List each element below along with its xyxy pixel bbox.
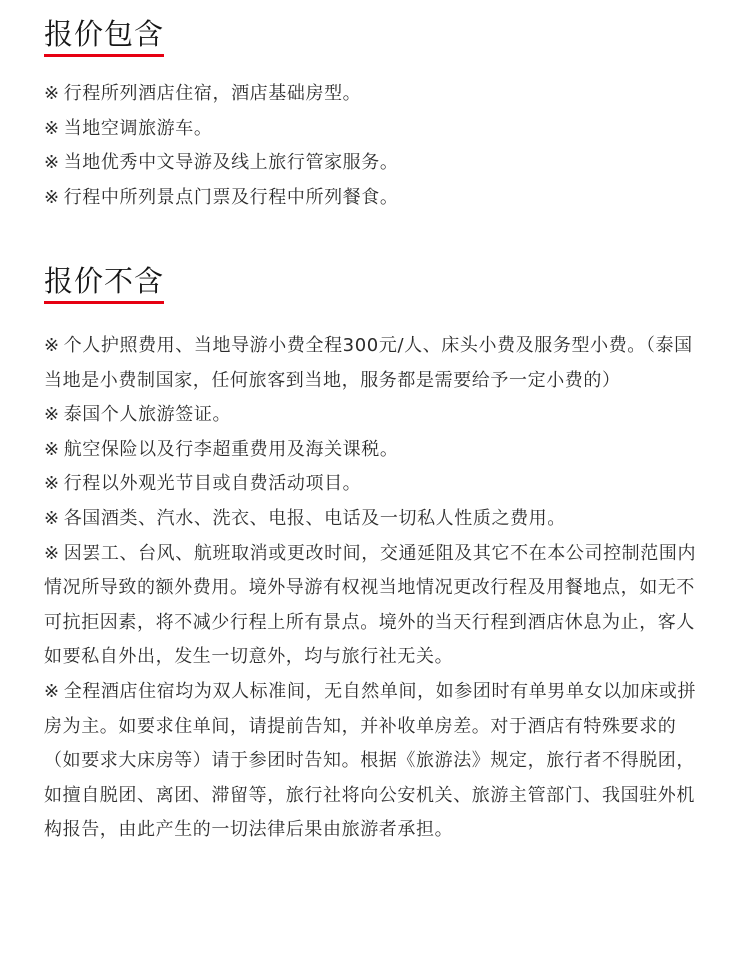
reference-mark-icon: ※: [44, 543, 60, 564]
reference-mark-icon: ※: [44, 404, 60, 425]
list-item: ※当地优秀中文导游及线上旅行管家服务。: [44, 146, 704, 181]
excluded-section: 报价不含 ※个人护照费用、当地导游小费全程300元/人、床头小费及服务型小费。（…: [44, 263, 704, 848]
list-item-text: 因罢工、台风、航班取消或更改时间，交通延阻及其它不在本公司控制范围内情况所导致的…: [44, 543, 696, 668]
list-item: ※全程酒店住宿均为双人标准间，无自然单间，如参团时有单男单女以加床或拼房为主。如…: [44, 675, 704, 848]
reference-mark-icon: ※: [44, 83, 60, 104]
reference-mark-icon: ※: [44, 152, 60, 173]
list-item-text: 行程所列酒店住宿，酒店基础房型。: [64, 83, 362, 104]
list-item-text: 航空保险以及行李超重费用及海关课税。: [64, 439, 399, 460]
reference-mark-icon: ※: [44, 508, 60, 529]
list-item: ※泰国个人旅游签证。: [44, 398, 704, 433]
reference-mark-icon: ※: [44, 473, 60, 494]
reference-mark-icon: ※: [44, 335, 60, 356]
reference-mark-icon: ※: [44, 187, 60, 208]
reference-mark-icon: ※: [44, 439, 60, 460]
list-item-text: 泰国个人旅游签证。: [64, 404, 231, 425]
included-section: 报价包含 ※行程所列酒店住宿，酒店基础房型。 ※当地空调旅游车。 ※当地优秀中文…: [44, 16, 704, 215]
reference-mark-icon: ※: [44, 681, 60, 702]
reference-mark-icon: ※: [44, 118, 60, 139]
list-item-text: 当地优秀中文导游及线上旅行管家服务。: [64, 152, 399, 173]
list-item-text: 行程以外观光节目或自费活动项目。: [64, 473, 362, 494]
included-list: ※行程所列酒店住宿，酒店基础房型。 ※当地空调旅游车。 ※当地优秀中文导游及线上…: [44, 77, 704, 215]
excluded-heading: 报价不含: [44, 263, 164, 304]
included-heading: 报价包含: [44, 16, 164, 57]
list-item: ※各国酒类、汽水、洗衣、电报、电话及一切私人性质之费用。: [44, 502, 704, 537]
list-item: ※行程以外观光节目或自费活动项目。: [44, 467, 704, 502]
excluded-list: ※个人护照费用、当地导游小费全程300元/人、床头小费及服务型小费。（泰国当地是…: [44, 329, 704, 848]
list-item: ※航空保险以及行李超重费用及海关课税。: [44, 433, 704, 468]
list-item: ※个人护照费用、当地导游小费全程300元/人、床头小费及服务型小费。（泰国当地是…: [44, 329, 704, 398]
list-item: ※当地空调旅游车。: [44, 112, 704, 147]
list-item-text: 行程中所列景点门票及行程中所列餐食。: [64, 187, 399, 208]
list-item: ※行程所列酒店住宿，酒店基础房型。: [44, 77, 704, 112]
list-item: ※因罢工、台风、航班取消或更改时间，交通延阻及其它不在本公司控制范围内情况所导致…: [44, 537, 704, 675]
list-item-text: 个人护照费用、当地导游小费全程300元/人、床头小费及服务型小费。（泰国当地是小…: [44, 335, 693, 391]
list-item-text: 当地空调旅游车。: [64, 118, 213, 139]
list-item: ※行程中所列景点门票及行程中所列餐食。: [44, 181, 704, 216]
list-item-text: 全程酒店住宿均为双人标准间，无自然单间，如参团时有单男单女以加床或拼房为主。如要…: [44, 681, 696, 840]
list-item-text: 各国酒类、汽水、洗衣、电报、电话及一切私人性质之费用。: [64, 508, 566, 529]
